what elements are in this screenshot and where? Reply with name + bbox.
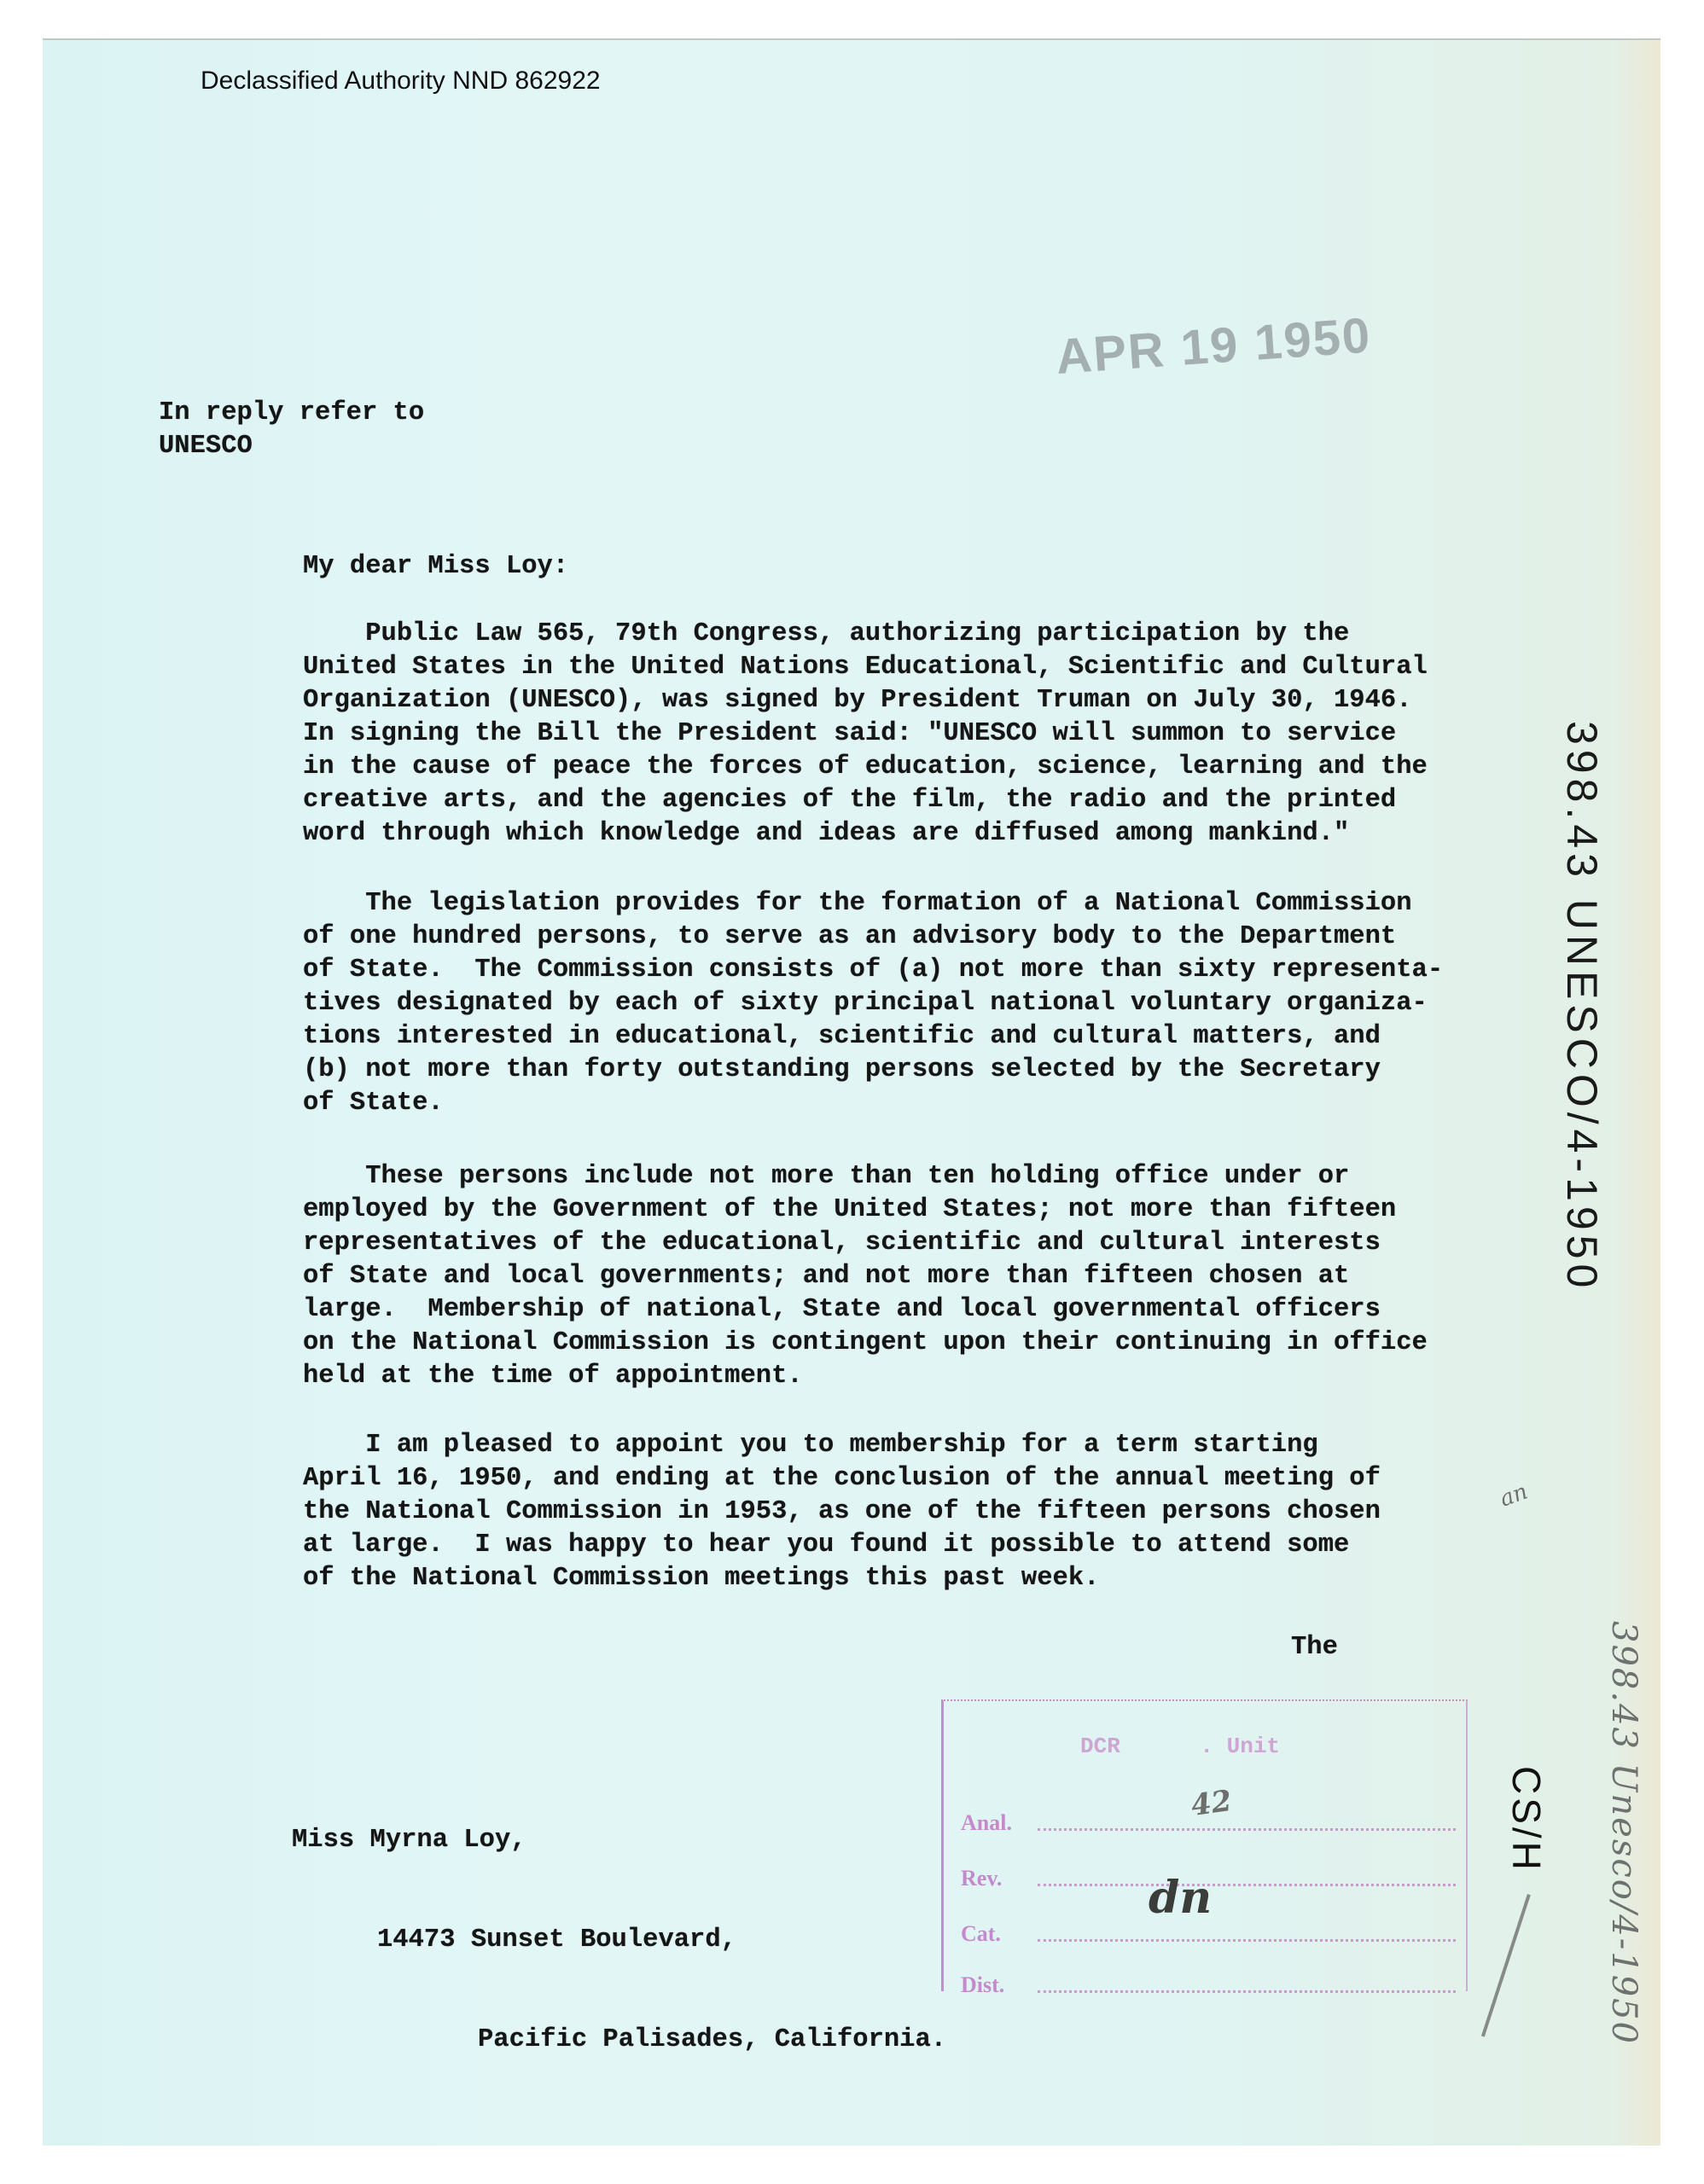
paragraph-line: United States in the United Nations Educ… [303, 651, 1523, 684]
paragraph-line: employed by the Government of the United… [303, 1194, 1523, 1227]
declassification-label: Declassified Authority NND 862922 [201, 67, 601, 96]
paragraph-line: In signing the Bill the President said: … [303, 717, 1523, 751]
paragraph-4: I am pleased to appoint you to membershi… [303, 1429, 1523, 1595]
dotted-line [1038, 1990, 1456, 1993]
paragraph-2: The legislation provides for the formati… [303, 887, 1523, 1120]
dcr-unit-stamp-box: DCR . Unit Anal. Rev. Cat. Dist. 42 dn [941, 1699, 1468, 1991]
paragraph-line: Organization (UNESCO), was signed by Pre… [303, 684, 1523, 717]
closing-text: The [1291, 1631, 1338, 1664]
dcr-label: Rev. [961, 1866, 1002, 1891]
paragraph-line: tives designated by each of sixty princi… [303, 987, 1523, 1020]
paragraph-line: large. Membership of national, State and… [303, 1293, 1523, 1327]
dcr-label: Cat. [961, 1921, 1001, 1947]
paragraph-line: of the National Commission meetings this… [303, 1562, 1523, 1595]
paragraph-line: at large. I was happy to hear you found … [303, 1529, 1523, 1562]
division-stamp: CS/H [1503, 1766, 1550, 1873]
paragraph-line: April 16, 1950, and ending at the conclu… [303, 1462, 1523, 1496]
dotted-line [1038, 1939, 1456, 1942]
paragraph-line: representatives of the educational, scie… [303, 1227, 1523, 1260]
paragraph-1: Public Law 565, 79th Congress, authorizi… [303, 618, 1523, 851]
paragraph-line: of State and local governments; and not … [303, 1260, 1523, 1293]
paragraph-line: word through which knowledge and ideas a… [303, 817, 1523, 851]
paragraph-line: the National Commission in 1953, as one … [303, 1496, 1523, 1529]
reference-line-2: UNESCO [159, 432, 253, 461]
paragraph-line: of one hundred persons, to serve as an a… [303, 921, 1523, 954]
paragraph-line: of State. The Commission consists of (a)… [303, 954, 1523, 987]
dotted-line [1038, 1884, 1456, 1886]
addressee-city: Pacific Palisades, California. [292, 2024, 946, 2057]
dcr-label: Anal. [961, 1810, 1012, 1836]
addressee-street: 14473 Sunset Boulevard, [292, 1924, 946, 1957]
addressee-name: Miss Myrna Loy, [292, 1824, 946, 1857]
dotted-line [1038, 1828, 1456, 1831]
dcr-title: DCR . Unit [1080, 1734, 1280, 1759]
reference-block: In reply refer to UNESCO [159, 397, 424, 463]
paragraph-line: Public Law 565, 79th Congress, authorizi… [303, 618, 1523, 651]
paragraph-3: These persons include not more than ten … [303, 1160, 1523, 1393]
paragraph-line: tions interested in educational, scienti… [303, 1020, 1523, 1054]
salutation: My dear Miss Loy: [303, 550, 568, 584]
dcr-label: Dist. [961, 1972, 1004, 1998]
pencil-file-number: 398.43 Unesco/4-1950 [1604, 1621, 1643, 2045]
dcr-row-dist: Dist. [961, 1966, 1456, 2000]
paragraph-line: held at the time of appointment. [303, 1360, 1523, 1393]
paragraph-line: (b) not more than forty outstanding pers… [303, 1054, 1523, 1087]
paragraph-line: I am pleased to appoint you to membershi… [303, 1429, 1523, 1462]
paragraph-line: of State. [303, 1087, 1523, 1120]
paragraph-line: The legislation provides for the formati… [303, 887, 1523, 921]
paragraph-line: in the cause of peace the forces of educ… [303, 751, 1523, 784]
reference-line-1: In reply refer to [159, 398, 424, 427]
paragraph-line: creative arts, and the agencies of the f… [303, 784, 1523, 817]
addressee-block: Miss Myrna Loy, 14473 Sunset Boulevard, … [292, 1757, 946, 2090]
paragraph-line: These persons include not more than ten … [303, 1160, 1523, 1194]
handwritten-anal-value: 42 [1189, 1784, 1233, 1823]
file-number-stamp: 398.43 UNESCO/4-1950 [1557, 721, 1607, 1292]
paragraph-line: on the National Commission is contingent… [303, 1327, 1523, 1360]
handwritten-cat-initials: dn [1149, 1872, 1212, 1924]
